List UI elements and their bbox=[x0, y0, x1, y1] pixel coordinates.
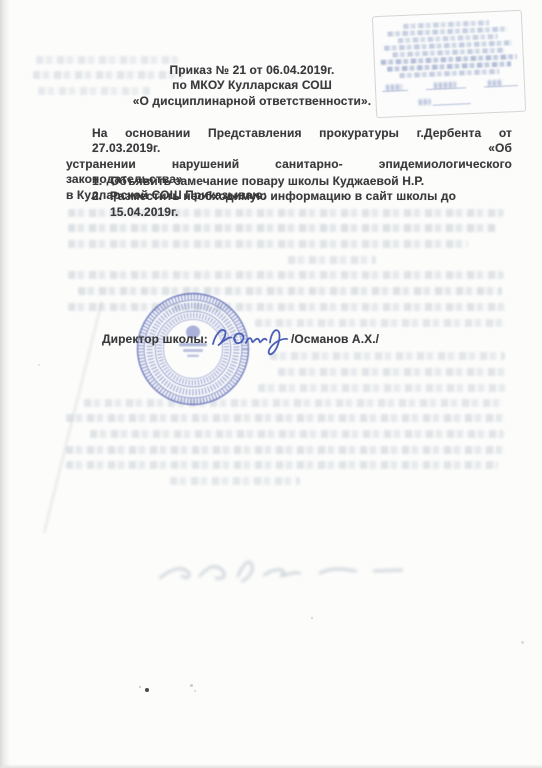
ink-speck bbox=[194, 690, 196, 692]
stamp-blank-line bbox=[484, 85, 518, 87]
signature-label: Директор школы: bbox=[102, 332, 208, 347]
bleedthrough-line bbox=[270, 352, 505, 360]
order-title-line: Приказ № 21 от 06.04.2019г. bbox=[102, 63, 402, 78]
ink-speck bbox=[38, 364, 40, 366]
stamp-blank-line bbox=[426, 87, 466, 90]
bleedthrough-line bbox=[68, 224, 496, 232]
bleedthrough-line bbox=[170, 477, 300, 485]
ink-speck bbox=[311, 617, 313, 619]
signature-name: /Османов А.Х./ bbox=[291, 332, 379, 347]
order-body-line: На основании Представления прокуратуры г… bbox=[66, 126, 512, 157]
ink-speck bbox=[521, 641, 524, 644]
order-title-line: по МКОУ Кулларская СОШ bbox=[102, 78, 402, 93]
order-item-text: Объявить замечание повару школы Куджаево… bbox=[106, 174, 424, 189]
bleedthrough-line bbox=[278, 368, 506, 376]
order-item-number: 1. bbox=[92, 174, 106, 189]
order-item: 2. Разместить необходимую информацию в с… bbox=[92, 189, 512, 220]
order-item-list: 1. Объявить замечание повару школы Куджа… bbox=[92, 174, 512, 220]
bleedthrough-line bbox=[66, 446, 506, 454]
order-title-line: «О дисциплинарной ответственности». bbox=[102, 94, 402, 109]
bleedthrough-line bbox=[288, 256, 376, 264]
bleedthrough-line bbox=[90, 430, 504, 438]
order-item-text: Разместить необходимую информацию в сайт… bbox=[106, 189, 512, 220]
bleedthrough-line bbox=[68, 240, 468, 248]
bleedthrough-line bbox=[66, 414, 506, 422]
ink-speck bbox=[145, 688, 149, 692]
ink-speck bbox=[190, 684, 193, 687]
scanned-order-document: Приказ № 21 от 06.04.2019г. по МКОУ Кулл… bbox=[0, 0, 542, 768]
bleedthrough-signature bbox=[152, 556, 412, 590]
scan-edge-shadow bbox=[0, 0, 10, 768]
stamp-blank-line bbox=[433, 103, 471, 106]
bleedthrough-line bbox=[258, 384, 506, 392]
order-title: Приказ № 21 от 06.04.2019г. по МКОУ Кулл… bbox=[102, 63, 402, 109]
order-item: 1. Объявить замечание повару школы Куджа… bbox=[92, 174, 512, 189]
handwritten-signature bbox=[208, 316, 300, 362]
order-item-number: 2. bbox=[92, 189, 106, 220]
stamp-handwriting bbox=[419, 99, 431, 106]
scan-edge-shadow-bottom bbox=[0, 764, 542, 768]
bleedthrough-line bbox=[66, 461, 498, 469]
bleedthrough-line bbox=[68, 271, 504, 279]
ink-speck bbox=[139, 686, 141, 688]
